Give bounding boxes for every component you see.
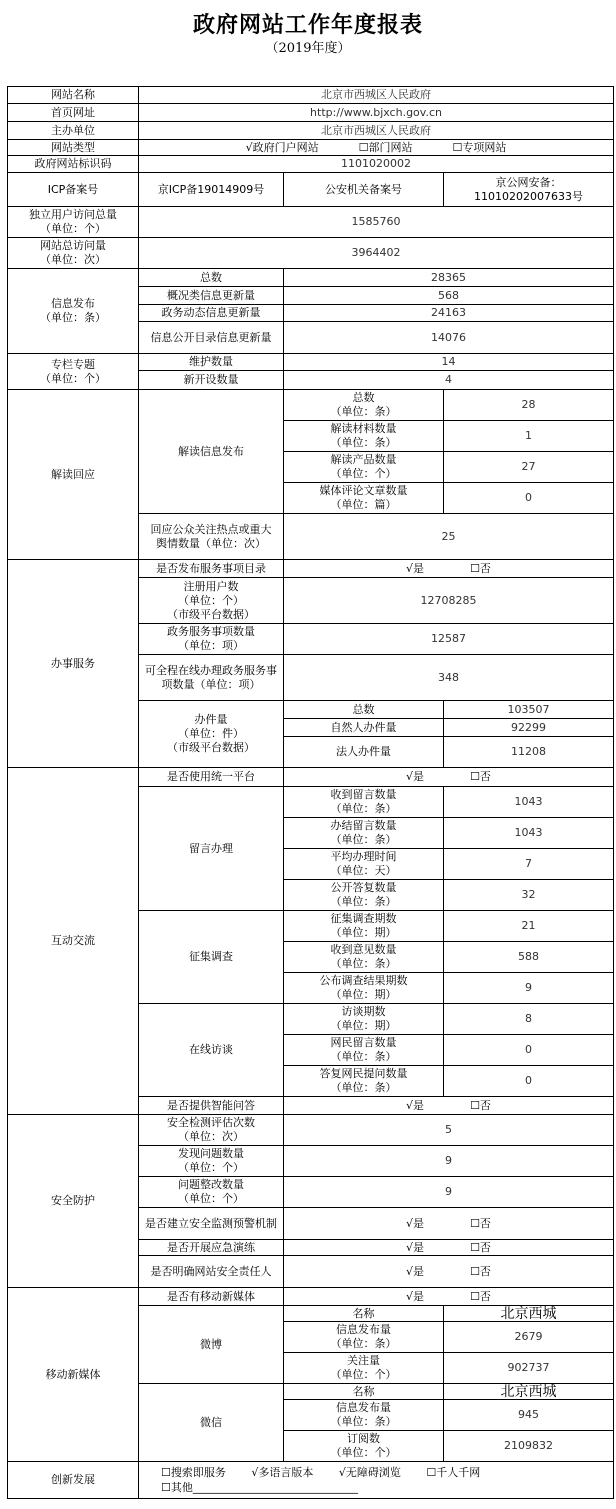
platform-no-checkbox[interactable]: ☐否 (470, 770, 491, 784)
info-overview-label: 概况类信息更新量 (138, 286, 284, 305)
wechat-subs-label: 订阅数（单位：个） (283, 1430, 444, 1462)
interpretation-sub-label: 解读信息发布 (138, 389, 284, 514)
sec-issues-value: 9 (283, 1145, 614, 1177)
survey-opinions-label: 收到意见数量（单位：条） (283, 941, 444, 973)
drill-yes-checkbox[interactable]: √是 (406, 1241, 424, 1255)
info-catalog-label: 信息公开目录信息更新量 (138, 321, 284, 354)
sponsor-value: 北京市西城区人民政府 (138, 121, 614, 140)
innov-personalized-checkbox[interactable]: ☐千人千网 (426, 1465, 480, 1480)
innovation-options: ☐搜索即服务 √多语言版本 √无障碍浏览 ☐千人千网 ☐其他__________… (138, 1461, 614, 1499)
police-value: 京公网安备： 11010202007633号 (443, 172, 614, 207)
cases-natural-label: 自然人办件量 (283, 718, 444, 737)
interp-total-value: 28 (443, 389, 614, 421)
sec-owner-label: 是否明确网站安全责任人 (138, 1255, 284, 1288)
security-label: 安全防护 (7, 1114, 139, 1288)
online-label: 可全程在线办理政务服务事项数量（单位：项） (138, 654, 284, 701)
response-label: 回应公众关注热点或重大舆情数量（单位：次） (138, 513, 284, 560)
innov-multilang-checkbox[interactable]: √多语言版本 (251, 1465, 313, 1480)
innov-search-service-checkbox[interactable]: ☐搜索即服务 (161, 1465, 226, 1480)
sec-drill-label: 是否开展应急演练 (138, 1239, 284, 1256)
pv-label: 网站总访问量（单位：次） (7, 237, 139, 269)
site-name-value: 北京市西城区人民政府 (138, 86, 614, 104)
innov-other-checkbox[interactable]: ☐其他______________________________ (161, 1480, 610, 1495)
messages-label: 留言办理 (138, 786, 284, 911)
wechat-posts-value: 945 (443, 1399, 614, 1431)
info-news-value: 24163 (283, 304, 614, 322)
platform-yes-checkbox[interactable]: √是 (406, 770, 424, 784)
monitor-yes-checkbox[interactable]: √是 (406, 1217, 424, 1231)
cases-legal-value: 11208 (443, 736, 614, 768)
drill-no-checkbox[interactable]: ☐否 (470, 1241, 491, 1255)
site-code-label: 政府网站标识码 (7, 155, 139, 173)
media-has-label: 是否有移动新媒体 (138, 1287, 284, 1306)
interpretation-label: 解读回应 (7, 389, 139, 560)
site-type-options: √政府门户网站 ☐部门网站 ☐专项网站 (138, 139, 614, 156)
catalog-yes-checkbox[interactable]: √是 (406, 562, 424, 576)
sec-issues-label: 发现问题数量（单位：个） (138, 1145, 284, 1177)
weibo-name-label: 名称 (283, 1305, 444, 1322)
survey-periods-value: 21 (443, 910, 614, 942)
police-label: 公安机关备案号 (283, 172, 444, 207)
uv-label: 独立用户访问总量（单位：个） (7, 206, 139, 238)
media-no-checkbox[interactable]: ☐否 (470, 1290, 491, 1304)
interview-messages-label: 网民留言数量（单位：条） (283, 1034, 444, 1066)
interview-answers-value: 0 (443, 1065, 614, 1097)
info-total-label: 总数 (138, 268, 284, 287)
interview-answers-label: 答复网民提问数量（单位：条） (283, 1065, 444, 1097)
weibo-posts-label: 信息发布量（单位：条） (283, 1321, 444, 1353)
icp-label: ICP备案号 (7, 172, 139, 207)
wechat-subs-value: 2109832 (443, 1430, 614, 1462)
catalog-no-checkbox[interactable]: ☐否 (470, 562, 491, 576)
wechat-posts-label: 信息发布量（单位：条） (283, 1399, 444, 1431)
page-subtitle: （2019年度） (0, 37, 616, 56)
site-type-department-checkbox[interactable]: ☐部门网站 (359, 141, 413, 155)
sec-fixed-value: 9 (283, 1176, 614, 1208)
info-publish-label: 信息发布（单位：条） (7, 268, 139, 354)
cases-label: 办件量（单位：件）（市级平台数据） (138, 700, 284, 768)
site-name-label: 网站名称 (7, 86, 139, 104)
msg-public-label: 公开答复数量（单位：条） (283, 879, 444, 911)
services-label: 办事服务 (7, 559, 139, 768)
interp-media-label: 媒体评论文章数量（单位：篇） (283, 482, 444, 514)
info-catalog-value: 14076 (283, 321, 614, 354)
msg-received-value: 1043 (443, 786, 614, 818)
items-label: 政务服务事项数量（单位：项） (138, 623, 284, 655)
weibo-followers-label: 关注量（单位：个） (283, 1352, 444, 1384)
sec-tests-label: 安全检测评估次数（单位：次） (138, 1114, 284, 1146)
wechat-name-label: 名称 (283, 1383, 444, 1400)
site-code-value: 1101020002 (138, 155, 614, 173)
platform-label: 是否使用统一平台 (138, 767, 284, 787)
cases-natural-value: 92299 (443, 718, 614, 737)
page-title: 政府网站工作年度报表 (0, 8, 616, 39)
qa-no-checkbox[interactable]: ☐否 (470, 1099, 491, 1113)
catalog-yn: √是☐否 (283, 559, 614, 578)
interview-periods-label: 访谈期数（单位：期） (283, 1003, 444, 1035)
site-type-special-checkbox[interactable]: ☐专项网站 (453, 141, 507, 155)
catalog-label: 是否发布服务事项目录 (138, 559, 284, 578)
survey-periods-label: 征集调查期数（单位：期） (283, 910, 444, 942)
columns-new-value: 4 (283, 370, 614, 390)
sponsor-label: 主办单位 (7, 121, 139, 140)
columns-new-label: 新开设数量 (138, 370, 284, 390)
media-has-yn: √是☐否 (283, 1287, 614, 1306)
weibo-name-value: 北京西城 (443, 1305, 614, 1322)
sec-fixed-label: 问题整改数量（单位：个） (138, 1176, 284, 1208)
msg-closed-value: 1043 (443, 817, 614, 849)
weibo-posts-value: 2679 (443, 1321, 614, 1353)
platform-yn: √是☐否 (283, 767, 614, 787)
interview-label: 在线访谈 (138, 1003, 284, 1097)
interaction-label: 互动交流 (7, 767, 139, 1115)
qa-yn: √是☐否 (283, 1096, 614, 1115)
qa-yes-checkbox[interactable]: √是 (406, 1099, 424, 1113)
cases-legal-label: 法人办件量 (283, 736, 444, 768)
sec-owner-yn: √是☐否 (283, 1255, 614, 1288)
site-type-portal-checkbox[interactable]: √政府门户网站 (246, 141, 319, 155)
interview-messages-value: 0 (443, 1034, 614, 1066)
sec-drill-yn: √是☐否 (283, 1239, 614, 1256)
qa-label: 是否提供智能问答 (138, 1096, 284, 1115)
wechat-label: 微信 (138, 1383, 284, 1462)
sec-monitor-yn: √是☐否 (283, 1207, 614, 1240)
interp-materials-value: 1 (443, 420, 614, 452)
cases-total-label: 总数 (283, 700, 444, 719)
icp-value: 京ICP备19014909号 (138, 172, 284, 207)
wechat-name-value: 北京西城 (443, 1383, 614, 1400)
interp-media-value: 0 (443, 482, 614, 514)
homepage-label: 首页网址 (7, 103, 139, 122)
survey-label: 征集调查 (138, 910, 284, 1004)
online-value: 348 (283, 654, 614, 701)
users-label: 注册用户数（单位：个）（市级平台数据） (138, 577, 284, 624)
weibo-followers-value: 902737 (443, 1352, 614, 1384)
innov-accessibility-checkbox[interactable]: √无障碍浏览 (339, 1465, 401, 1480)
survey-results-label: 公布调查结果期数（单位：期） (283, 972, 444, 1004)
columns-maintained-value: 14 (283, 353, 614, 371)
media-label: 移动新媒体 (7, 1287, 139, 1462)
cases-total-value: 103507 (443, 700, 614, 719)
msg-closed-label: 办结留言数量（单位：条） (283, 817, 444, 849)
interp-products-label: 解读产品数量（单位：个） (283, 451, 444, 483)
survey-opinions-value: 588 (443, 941, 614, 973)
info-news-label: 政务动态信息更新量 (138, 304, 284, 322)
weibo-label: 微博 (138, 1305, 284, 1384)
sec-monitor-label: 是否建立安全监测预警机制 (138, 1207, 284, 1240)
users-value: 12708285 (283, 577, 614, 624)
msg-avg-time-label: 平均办理时间（单位：天） (283, 848, 444, 880)
owner-no-checkbox[interactable]: ☐否 (470, 1265, 491, 1279)
msg-avg-time-value: 7 (443, 848, 614, 880)
homepage-value[interactable]: http://www.bjxch.gov.cn (138, 103, 614, 122)
items-value: 12587 (283, 623, 614, 655)
info-overview-value: 568 (283, 286, 614, 305)
uv-value: 1585760 (138, 206, 614, 238)
survey-results-value: 9 (443, 972, 614, 1004)
interp-products-value: 27 (443, 451, 614, 483)
monitor-no-checkbox[interactable]: ☐否 (470, 1217, 491, 1231)
innovation-label: 创新发展 (7, 1461, 139, 1499)
msg-received-label: 收到留言数量（单位：条） (283, 786, 444, 818)
interview-periods-value: 8 (443, 1003, 614, 1035)
response-value: 25 (283, 513, 614, 560)
owner-yes-checkbox[interactable]: √是 (406, 1265, 424, 1279)
interp-materials-label: 解读材料数量（单位：条） (283, 420, 444, 452)
site-type-label: 网站类型 (7, 139, 139, 156)
info-total-value: 28365 (283, 268, 614, 287)
msg-public-value: 32 (443, 879, 614, 911)
media-yes-checkbox[interactable]: √是 (406, 1290, 424, 1304)
columns-maintained-label: 维护数量 (138, 353, 284, 371)
interp-total-label: 总数（单位：条） (283, 389, 444, 421)
sec-tests-value: 5 (283, 1114, 614, 1146)
pv-value: 3964402 (138, 237, 614, 269)
columns-label: 专栏专题（单位：个） (7, 353, 139, 390)
